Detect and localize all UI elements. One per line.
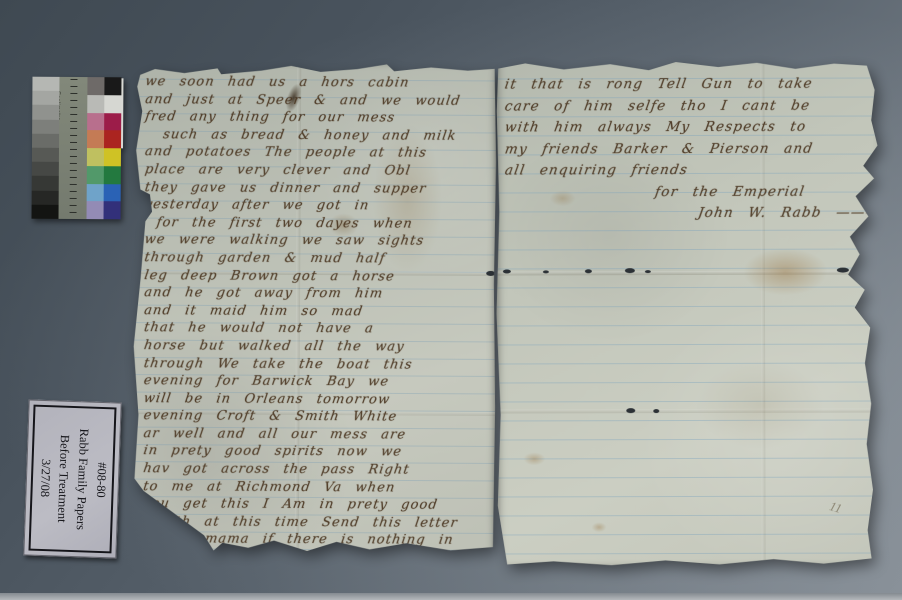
handwriting-line: leg deep Brown got a horse [143, 268, 492, 287]
handwriting-line: it that is rong Tell Gun to take [503, 76, 878, 98]
grayscale-patch [32, 134, 59, 148]
handwriting-line: and he got away from him [143, 285, 492, 304]
handwriting-line: and it maid him so mad [143, 303, 492, 322]
handwriting-line: evening for Barwick Bay we [142, 373, 491, 392]
handwriting-line: care of him selfe tho I cant be [503, 97, 878, 119]
handwriting-line: to me at Richmond Va when [142, 479, 491, 498]
grayscale-patch [32, 162, 59, 176]
hole [653, 409, 659, 413]
color-patch [104, 77, 121, 95]
color-patch [104, 113, 121, 131]
color-patch [87, 184, 104, 202]
color-patch [104, 201, 121, 219]
grayscale-patch [32, 91, 59, 105]
ruler-label: Centimetre [59, 91, 62, 120]
handwriting-line: and just at Speer & and we would [144, 92, 493, 111]
grayscale-patch [32, 77, 59, 91]
handwriting-line: and potatoes The people at this [144, 145, 493, 164]
hole [503, 269, 511, 273]
color-patch-row [87, 201, 121, 219]
color-patch-row [87, 148, 121, 166]
color-patch [104, 95, 121, 113]
handwriting-line: mama if there is nothing in [203, 532, 490, 551]
handwriting-line: with him always My Respects to [503, 119, 878, 141]
handwriting-line: John W. Rabb ——— [696, 205, 878, 227]
letter-right-page: it that is rong Tell Gun to takecare of … [494, 59, 881, 566]
handwriting-line: hav got across the pass Right [142, 461, 491, 480]
handwriting-line: that he would not have a [143, 320, 492, 339]
hole [585, 269, 592, 273]
handwriting-line: they gave us dinner and supper [143, 180, 492, 199]
hole [837, 268, 849, 273]
grayscale-patch [32, 205, 59, 219]
color-patch-columns [87, 77, 122, 219]
stain [695, 360, 825, 450]
card-edge-highlight [121, 78, 123, 148]
hole [645, 270, 651, 273]
handwriting-line: health at this time Send this letter [142, 514, 491, 533]
color-patch [87, 201, 104, 219]
grayscale-patch [32, 105, 59, 119]
stain [592, 522, 607, 532]
color-patch [104, 130, 121, 148]
hole [869, 269, 876, 273]
color-patch [87, 113, 104, 131]
color-patch [87, 95, 104, 113]
handwriting-line: for the first two dayes when [155, 215, 492, 234]
color-patch [104, 184, 121, 202]
table-edge [0, 593, 902, 600]
grayscale-patch [32, 119, 59, 133]
grayscale-strip [32, 77, 60, 219]
color-patch-row [87, 113, 121, 131]
handwritten-text-left: we soon had us a hors cabinand just at S… [143, 74, 491, 551]
stain [743, 248, 828, 296]
photograph-canvas: we soon had us a hors cabinand just at S… [0, 0, 902, 600]
handwriting-line: yesterday after we got in [143, 197, 492, 216]
handwriting-line: such as bread & honey and milk [162, 127, 493, 146]
color-patch [87, 77, 104, 95]
color-patch [87, 166, 104, 184]
color-patch-row [87, 184, 121, 202]
color-calibration-card: Centimetre [32, 77, 122, 220]
pencil-page-mark: 11 [827, 498, 843, 517]
handwriting-line: through We take the boat this [142, 356, 491, 375]
handwriting-line: evening Croft & Smith White [142, 408, 491, 427]
color-patch-row [87, 95, 121, 113]
handwriting-line: all enquiring friends [503, 162, 878, 184]
letter-right-page-paper: it that is rong Tell Gun to takecare of … [494, 59, 881, 566]
stain [523, 452, 545, 465]
handwriting-line: fred any thing for our mess [144, 109, 493, 128]
handwriting-line: horse but walked all the way [143, 338, 492, 357]
color-patch [104, 148, 121, 166]
handwriting-line: through garden & mud half [143, 250, 492, 269]
color-patch-row [87, 77, 121, 95]
ruler-ticks [70, 79, 78, 217]
grayscale-patch [32, 190, 59, 204]
letter-left-page: we soon had us a hors cabinand just at S… [127, 62, 498, 554]
color-patch [87, 148, 104, 166]
grayscale-patch [32, 148, 59, 162]
handwriting-line: we soon had us a hors cabin [144, 74, 493, 93]
handwriting-line: for the Emperial [653, 183, 878, 205]
hole [626, 408, 635, 413]
specimen-id-label: #08-80Rabb Family PapersBefore Treatment… [23, 399, 121, 558]
color-patch-row [87, 130, 121, 148]
hole [543, 270, 549, 273]
handwriting-line: will be in Orleans tomorrow [142, 391, 491, 410]
color-patch [87, 130, 104, 148]
grayscale-patch [32, 176, 59, 190]
hole [625, 268, 635, 273]
letter-left-page-paper: we soon had us a hors cabinand just at S… [127, 62, 498, 554]
label-text: #08-80Rabb Family PapersBefore Treatment… [33, 408, 113, 551]
handwriting-line: my friends Barker & Pierson and [503, 140, 878, 162]
handwritten-text-right: it that is rong Tell Gun to takecare of … [504, 76, 876, 227]
handwriting-line: place are very clever and Obl [143, 162, 492, 181]
ruler-strip: Centimetre [59, 77, 88, 219]
handwriting-line: you get this I Am in prety good [142, 496, 491, 515]
color-patch-row [87, 166, 121, 184]
handwriting-line: in prety good spirits now we [142, 444, 491, 463]
handwriting-line: we were walking we saw sights [143, 232, 492, 251]
color-patch [104, 166, 121, 184]
